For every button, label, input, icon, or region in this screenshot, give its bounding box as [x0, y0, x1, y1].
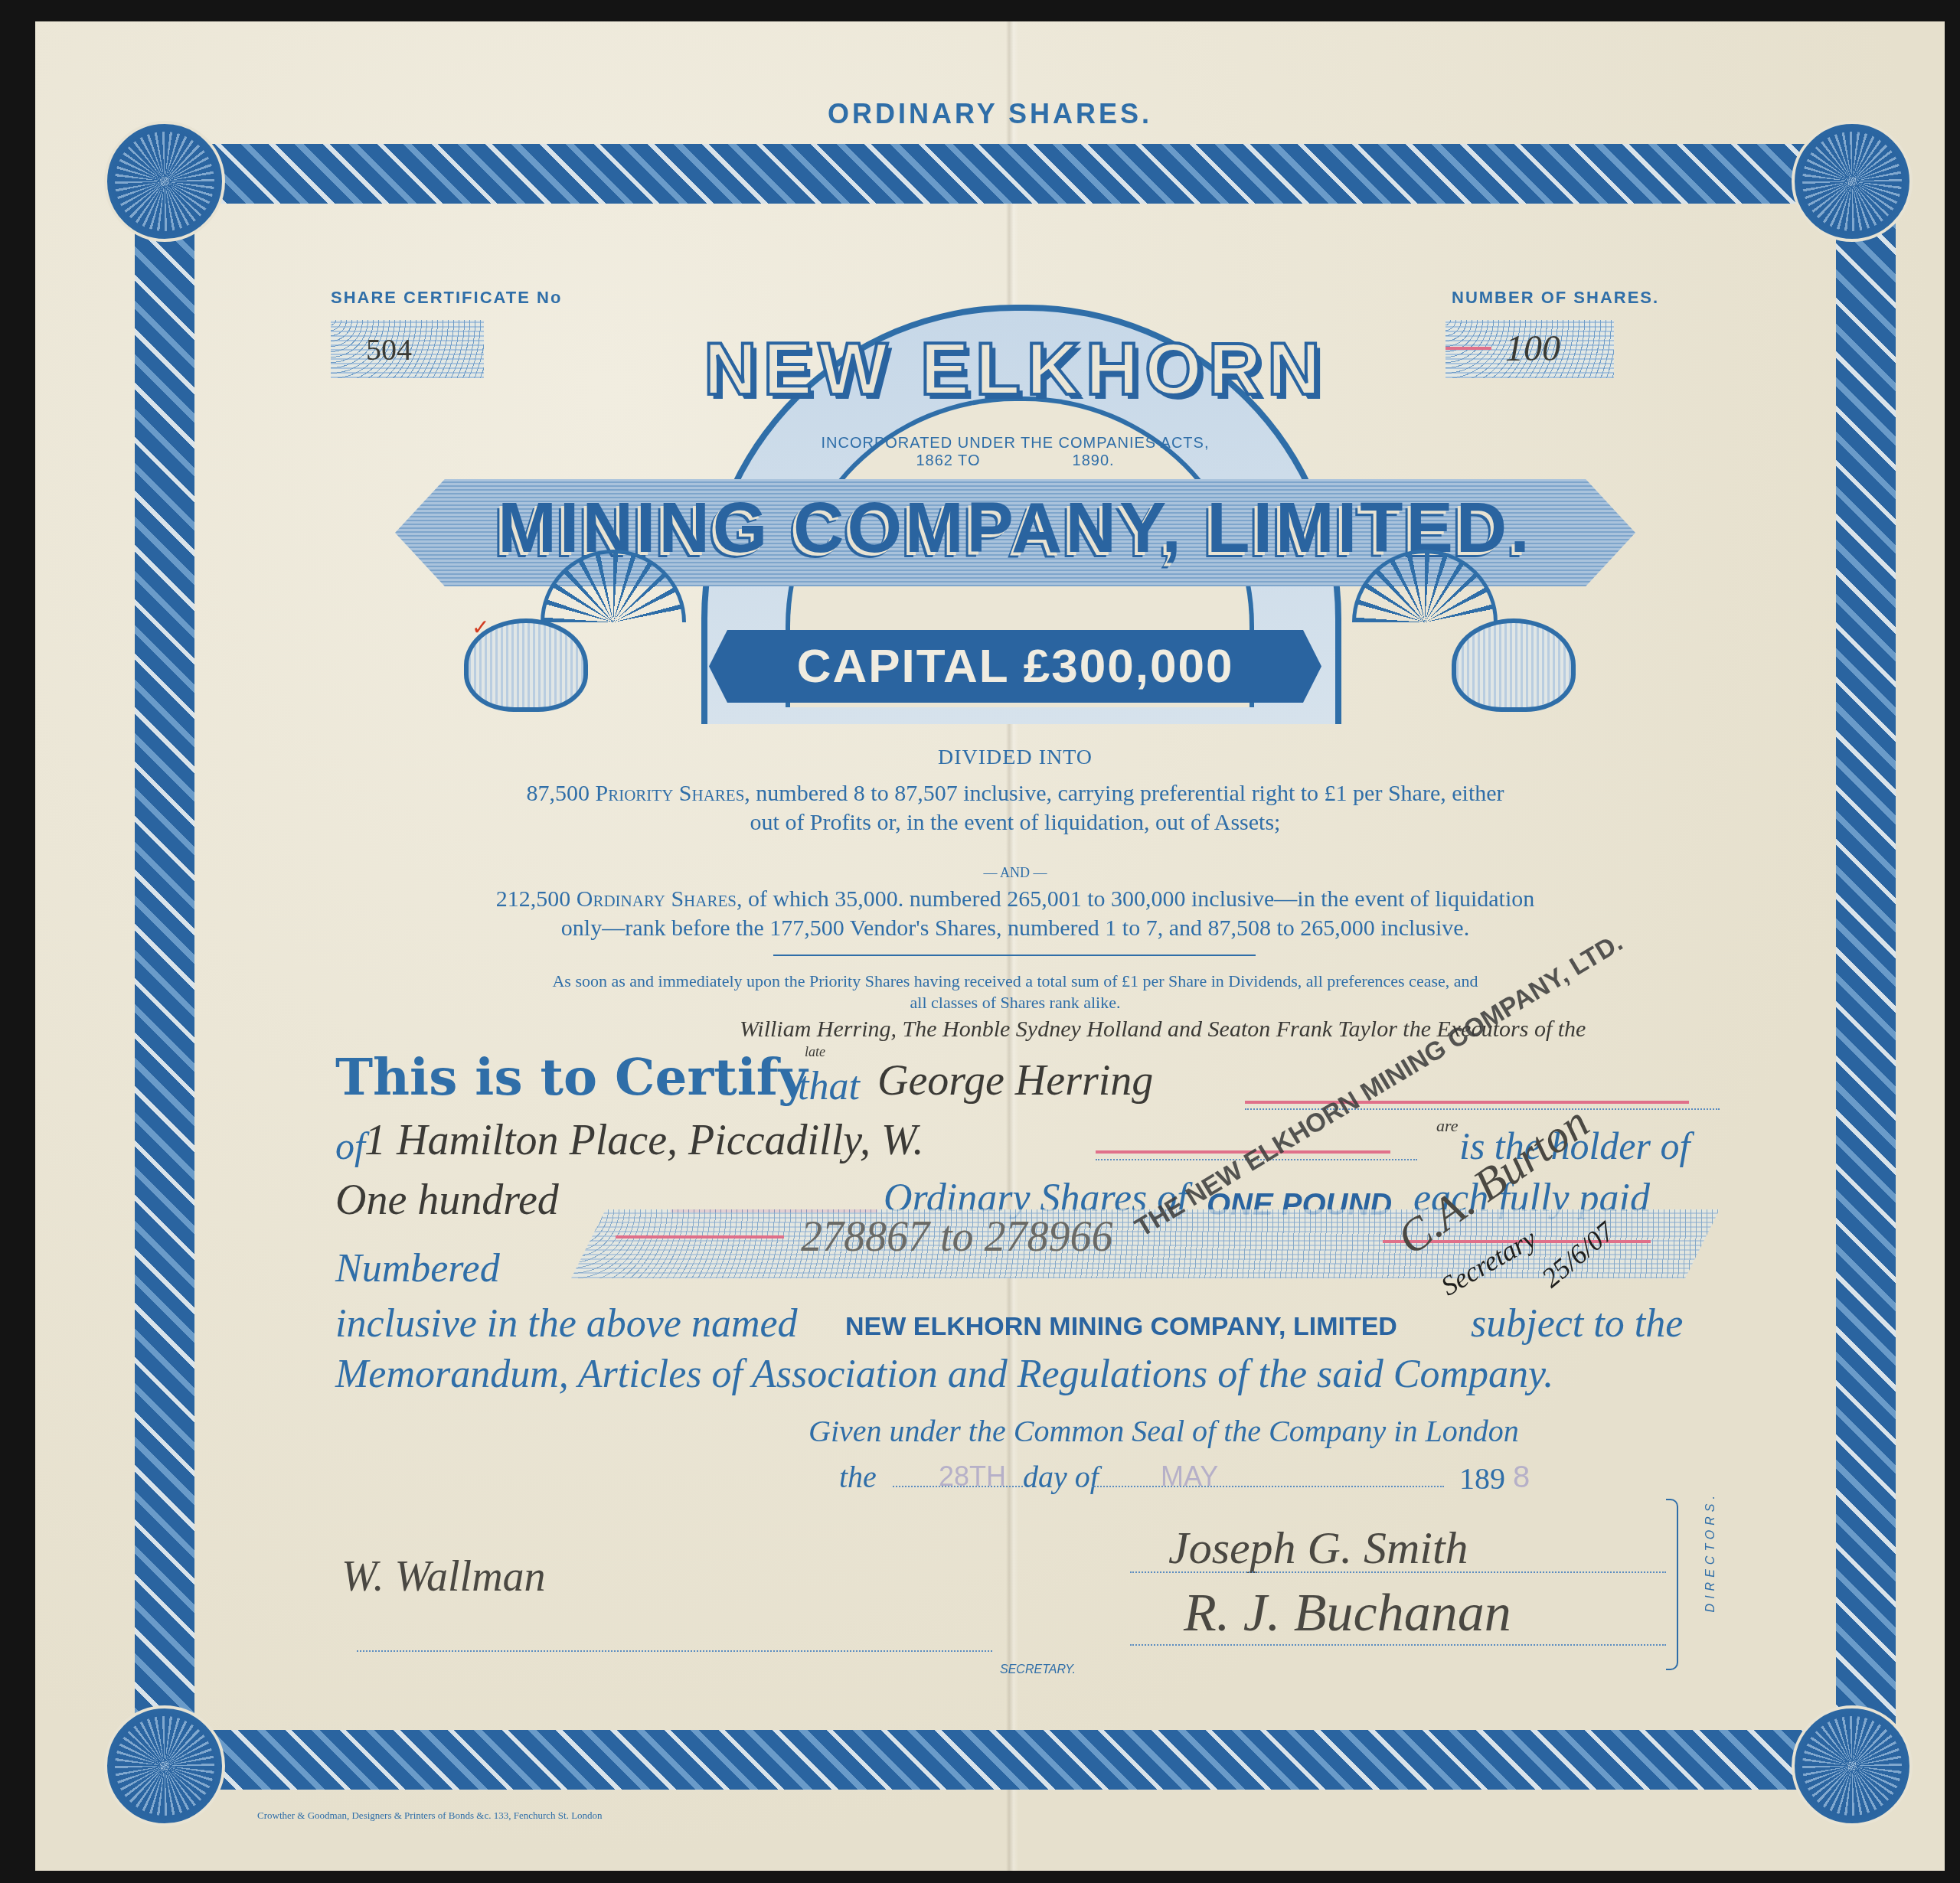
company-name-top: NEW ELKHORN	[701, 328, 1329, 412]
printer-imprint: Crowther & Goodman, Designers & Printers…	[257, 1810, 603, 1822]
red-rule	[1245, 1101, 1689, 1104]
ordinary-line-2: only—rank before the 177,500 Vendor's Sh…	[341, 914, 1689, 943]
ordinary-label: Ordinary Shares	[577, 886, 737, 912]
inclusive-line: inclusive in the above named	[335, 1301, 798, 1346]
that-label: that	[798, 1064, 860, 1109]
director-1-signature-line	[1130, 1571, 1666, 1573]
note-line-1: As soon as and immediately upon the Prio…	[341, 971, 1689, 992]
holder-name: George Herring	[877, 1056, 1153, 1105]
capital-banner: CAPITAL £300,000	[709, 630, 1321, 703]
memorandum-line: Memorandum, Articles of Association and …	[335, 1352, 1553, 1397]
secretary-signature-line	[357, 1650, 992, 1652]
divider-rule	[773, 955, 1256, 956]
ordinary-line-1: 212,500 Ordinary Shares, of which 35,000…	[341, 885, 1689, 914]
scroll-ornament-icon	[1452, 618, 1576, 712]
corner-rosette-icon	[1792, 121, 1913, 242]
years-from: 1862 TO	[916, 452, 980, 470]
priority-rest: , numbered 8 to 87,507 inclusive, carryi…	[744, 781, 1504, 806]
secretary-signature: W. Wallman	[341, 1552, 546, 1601]
company-name-inline: NEW ELKHORN MINING COMPANY, LIMITED	[845, 1312, 1397, 1342]
year-suffix: 8	[1513, 1460, 1530, 1495]
dotted-rule	[1092, 1486, 1444, 1487]
corner-rosette-icon	[104, 1705, 225, 1826]
priority-shares-text: 87,500 Priority Shares, numbered 8 to 87…	[341, 779, 1689, 837]
of-label: of	[335, 1124, 365, 1168]
certify-heading: This is to Certify	[335, 1047, 808, 1107]
day-value: 28TH	[939, 1460, 1006, 1493]
director-2-signature-line	[1130, 1644, 1666, 1646]
certificate-number: 504	[366, 331, 412, 367]
red-checkmark-icon: ✓	[472, 615, 489, 641]
priority-label: Priority Shares	[595, 781, 744, 806]
certificate-paper: ORDINARY SHARES. SHARE CERTIFICATE No 50…	[35, 21, 1945, 1871]
subject-to: subject to the	[1471, 1301, 1683, 1346]
priority-line-1: 87,500 Priority Shares, numbered 8 to 87…	[341, 779, 1689, 808]
handwritten-are: are	[1436, 1116, 1459, 1136]
incorporation-text: INCORPORATED UNDER THE COMPANIES ACTS, 1…	[801, 435, 1230, 470]
year-prefix: 189	[1459, 1460, 1505, 1496]
red-rule	[1445, 347, 1491, 350]
certificate-number-label: SHARE CERTIFICATE No	[331, 288, 562, 308]
incorporation-years: 1862 TO 1890.	[801, 452, 1230, 470]
day-of: day of	[1023, 1459, 1099, 1495]
directors-label: DIRECTORS.	[1704, 1491, 1718, 1612]
handwritten-late: late	[805, 1044, 825, 1060]
director-1-signature: Joseph G. Smith	[1168, 1522, 1468, 1575]
corner-rosette-icon	[104, 121, 225, 242]
red-rule	[616, 1235, 784, 1238]
given-under-seal: Given under the Common Seal of the Compa…	[808, 1413, 1519, 1449]
directors-bracket	[1666, 1499, 1678, 1670]
ordinary-count: 212,500	[496, 886, 571, 912]
ordinary-rest: , of which 35,000. numbered 265,001 to 3…	[737, 886, 1534, 912]
number-of-shares-label: NUMBER OF SHARES.	[1452, 288, 1659, 308]
priority-line-2: out of Profits or, in the event of liqui…	[341, 808, 1689, 837]
numbered-label: Numbered	[335, 1246, 500, 1291]
holder-address: 1 Hamilton Place, Piccadilly, W.	[364, 1116, 923, 1165]
share-class-title: ORDINARY SHARES.	[35, 98, 1945, 130]
and-separator: — AND —	[341, 858, 1689, 887]
ordinary-shares-text: 212,500 Ordinary Shares, of which 35,000…	[341, 885, 1689, 943]
number-of-shares: 100	[1505, 328, 1560, 370]
secretary-label: SECRETARY.	[1000, 1663, 1076, 1677]
month-value: MAY	[1161, 1460, 1218, 1493]
years-to: 1890.	[1073, 452, 1115, 470]
director-2-signature: R. J. Buchanan	[1184, 1583, 1511, 1644]
share-numbers-range: 278867 to 278966	[801, 1212, 1113, 1261]
priority-count: 87,500	[526, 781, 590, 806]
shares-in-words: One hundred	[335, 1176, 559, 1225]
corner-rosette-icon	[1792, 1705, 1913, 1826]
date-the: the	[839, 1459, 877, 1495]
incorporation-line: INCORPORATED UNDER THE COMPANIES ACTS,	[801, 435, 1230, 452]
divided-into: DIVIDED INTO	[341, 743, 1689, 772]
